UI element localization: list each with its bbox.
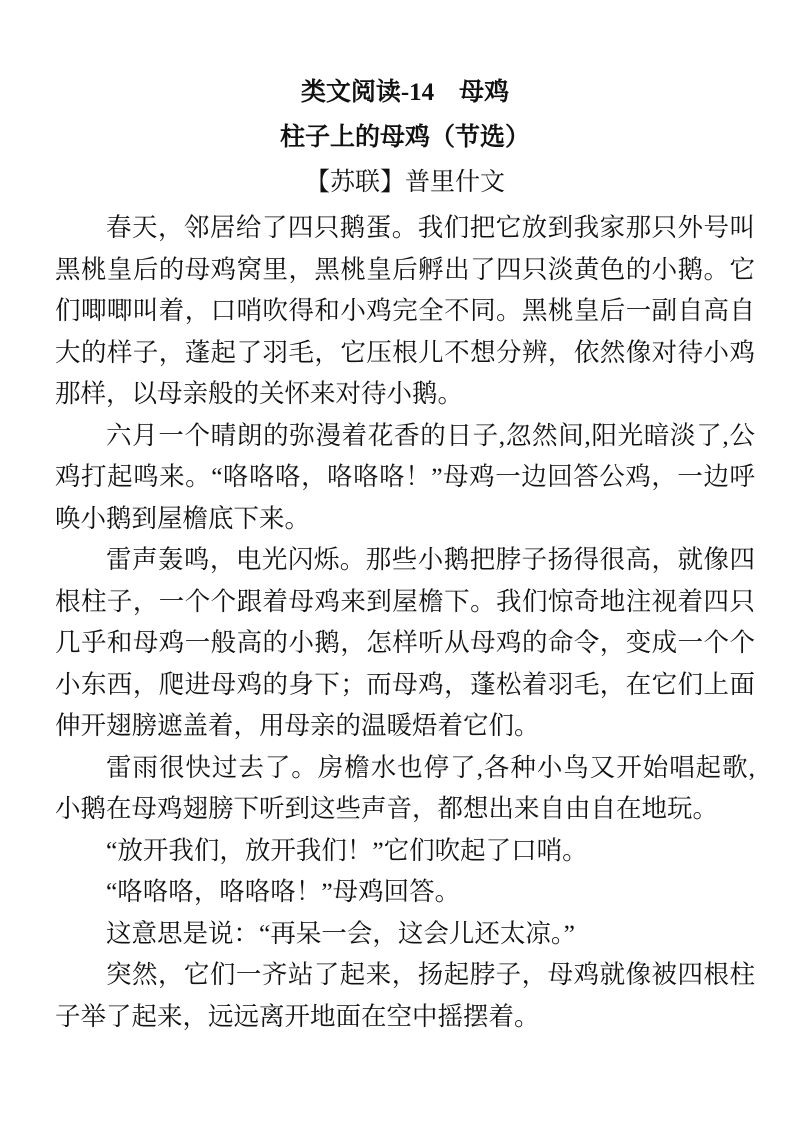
paragraph-2: 六月一个晴朗的弥漫着花香的日子,忽然间,阳光暗淡了,公鸡打起鸣来。“咯咯咯，咯咯… [55,415,755,540]
paragraph-6: “咯咯咯，咯咯咯！”母鸡回答。 [55,871,755,913]
document-page: 类文阅读-14 母鸡 柱子上的母鸡（节选） 【苏联】普里什文 春天，邻居给了四只… [0,0,793,1122]
document-title: 类文阅读-14 母鸡 [55,70,755,115]
paragraph-3: 雷声轰鸣，电光闪烁。那些小鹅把脖子扬得很高，就像四根柱子，一个个跟着母鸡来到屋檐… [55,539,755,747]
paragraph-1: 春天，邻居给了四只鹅蛋。我们把它放到我家那只外号叫黑桃皇后的母鸡窝里，黑桃皇后孵… [55,207,755,415]
document-content: 类文阅读-14 母鸡 柱子上的母鸡（节选） 【苏联】普里什文 春天，邻居给了四只… [55,70,755,1037]
paragraph-5: “放开我们，放开我们！”它们吹起了口哨。 [55,830,755,872]
paragraph-8: 突然，它们一齐站了起来，扬起脖子，母鸡就像被四根柱子举了起来，远远离开地面在空中… [55,954,755,1037]
document-subtitle: 柱子上的母鸡（节选） [55,115,755,160]
author-line: 【苏联】普里什文 [55,160,755,205]
paragraph-7: 这意思是说：“再呆一会，这会儿还太凉。” [55,913,755,955]
paragraph-4: 雷雨很快过去了。房檐水也停了,各种小鸟又开始唱起歌,小鹅在母鸡翅膀下听到这些声音… [55,747,755,830]
document-body: 春天，邻居给了四只鹅蛋。我们把它放到我家那只外号叫黑桃皇后的母鸡窝里，黑桃皇后孵… [55,207,755,1037]
